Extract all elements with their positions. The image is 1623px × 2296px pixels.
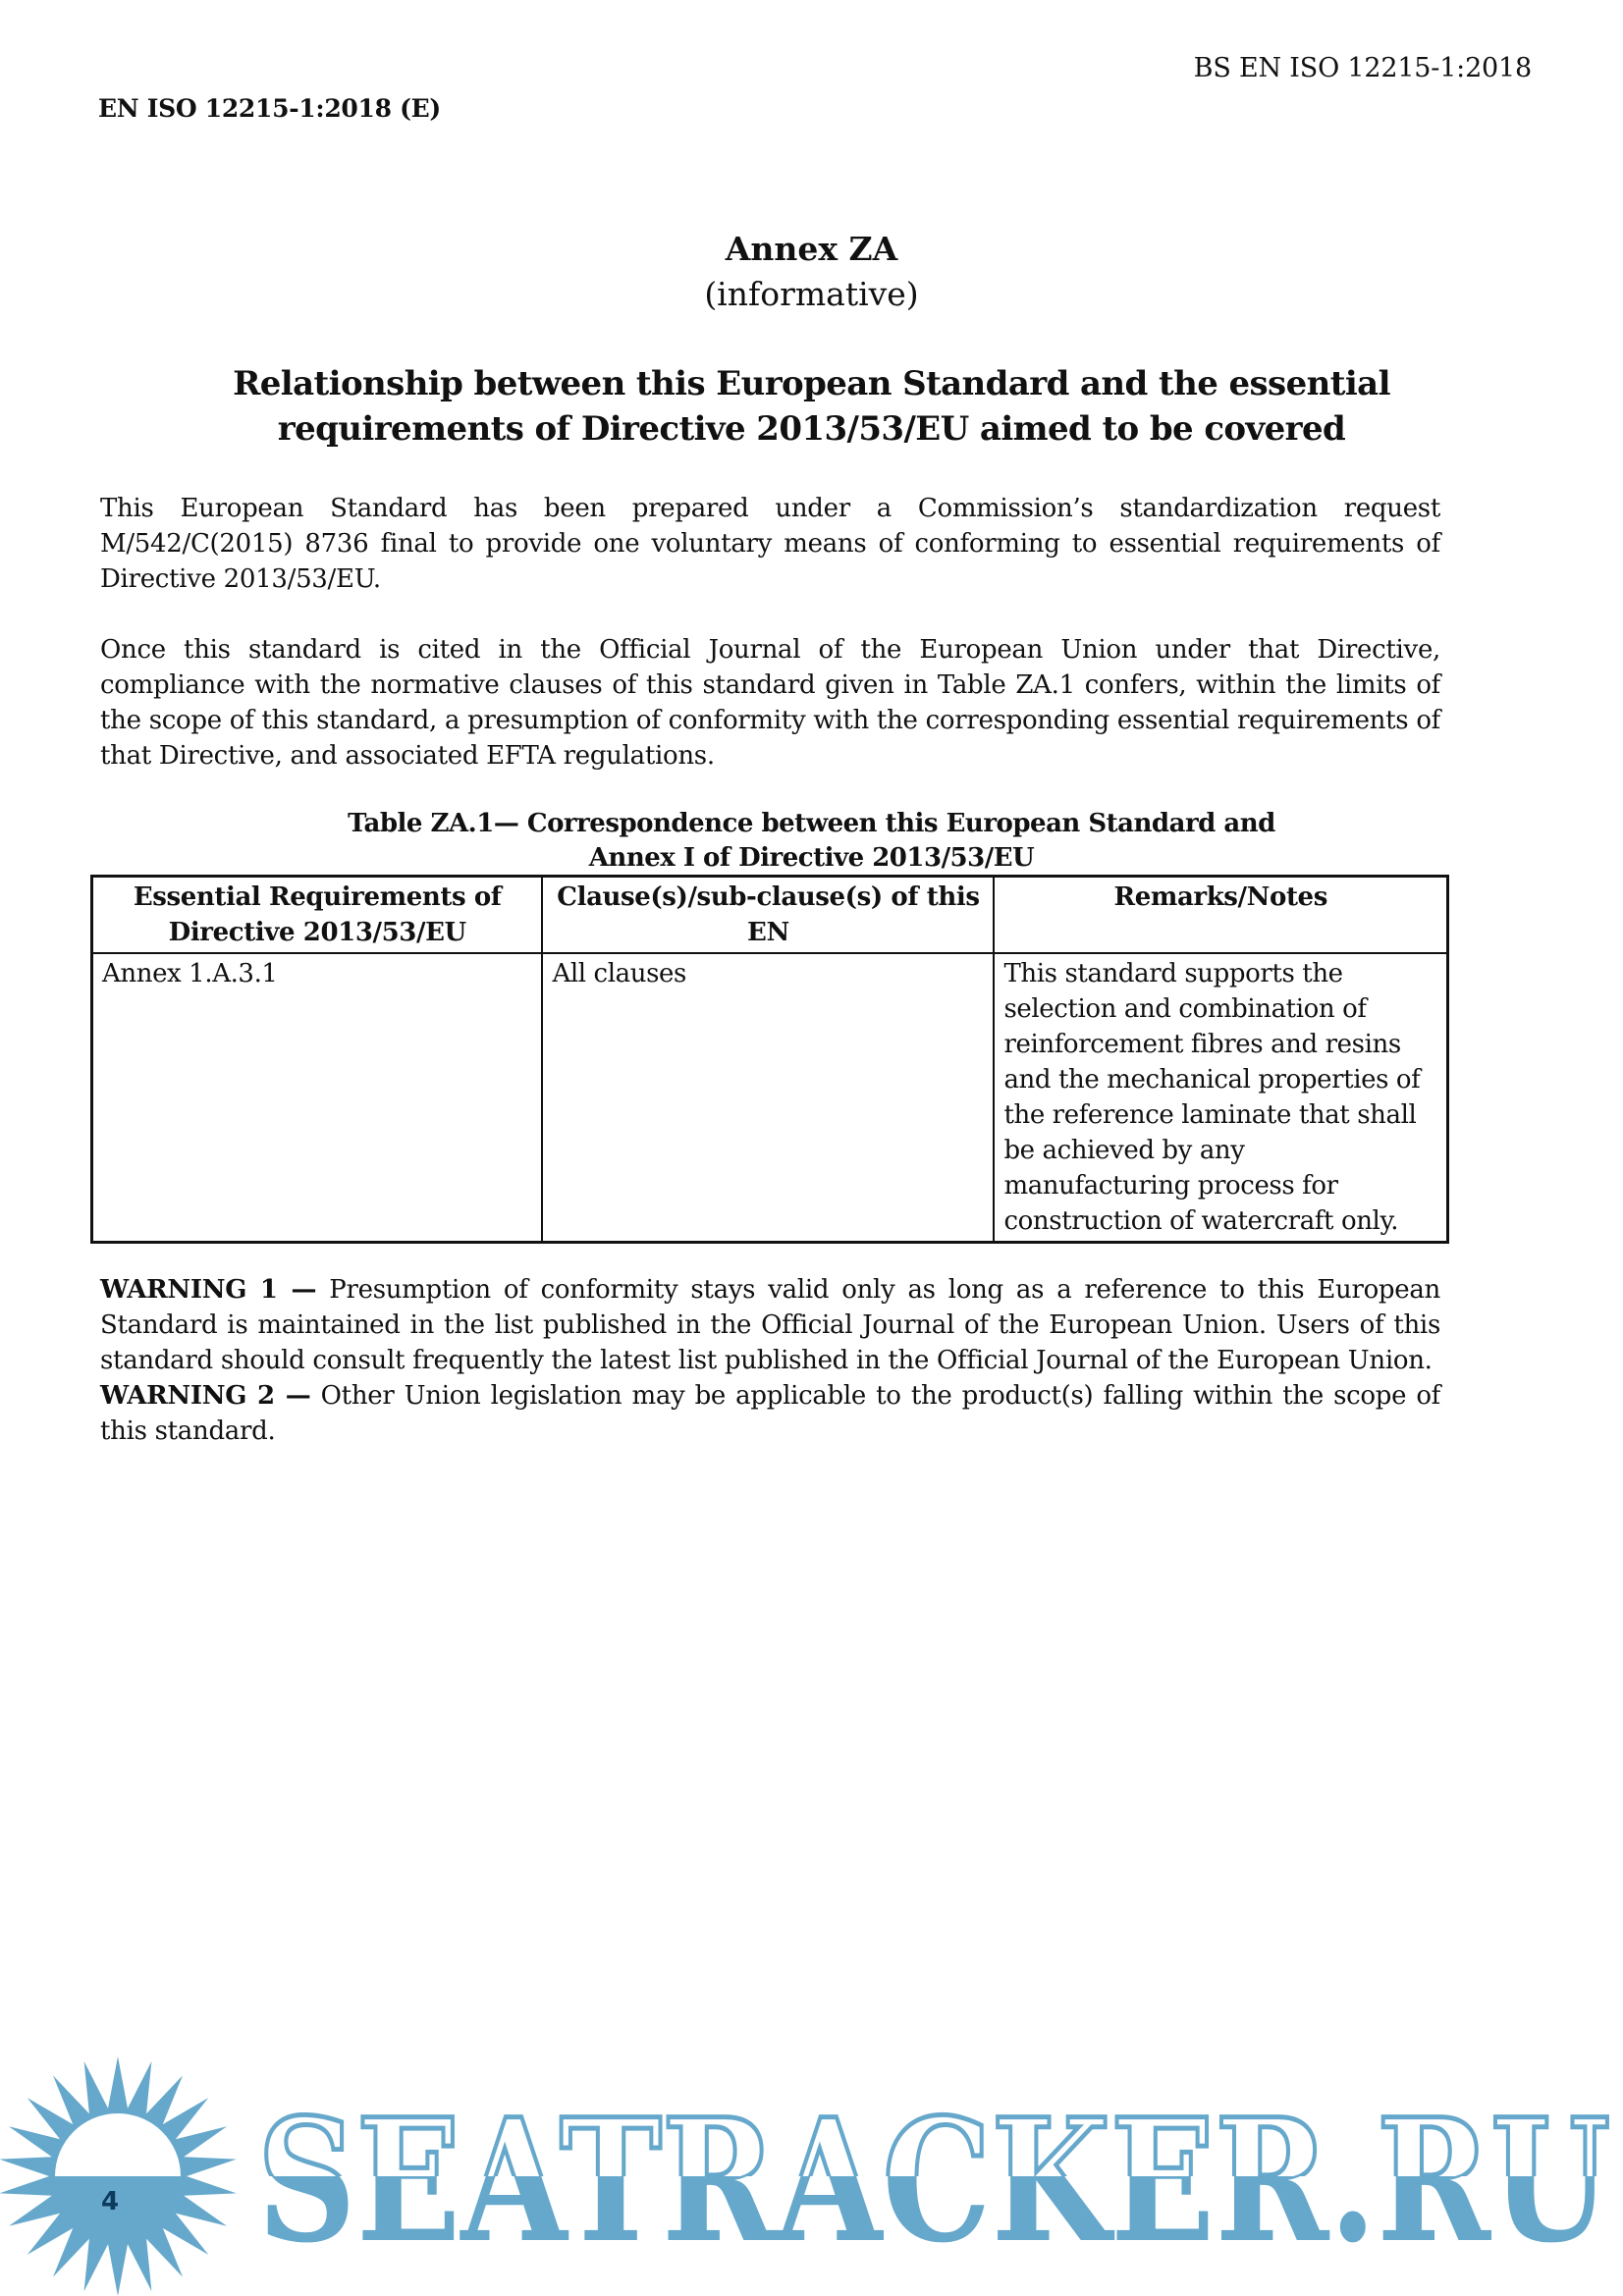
sun-icon <box>0 2056 237 2296</box>
table-row: Annex 1.A.3.1 All clauses This standard … <box>92 953 1448 1243</box>
warning-2-label: WARNING 2 — <box>100 1381 311 1411</box>
paragraph-presumption-of-conformity: Once this standard is cited in the Offic… <box>100 632 1440 774</box>
annex-title-line-1: Relationship between this European Stand… <box>147 361 1476 406</box>
warnings-block: WARNING 1 — Presumption of conformity st… <box>100 1272 1440 1449</box>
paragraph-standardization-request: This European Standard has been prepared… <box>100 491 1440 597</box>
warning-1-label: WARNING 1 — <box>100 1275 316 1305</box>
column-header-clauses: Clause(s)/sub-clause(s) of this EN <box>542 877 994 954</box>
annex-title: Relationship between this European Stand… <box>147 361 1476 452</box>
cell-essential-requirement: Annex 1.A.3.1 <box>92 953 543 1243</box>
warning-1: WARNING 1 — Presumption of conformity st… <box>100 1272 1440 1378</box>
table-header-row: Essential Requirements of Directive 2013… <box>92 877 1448 954</box>
annex-status: (informative) <box>0 275 1623 313</box>
annex-title-line-2: requirements of Directive 2013/53/EU aim… <box>147 406 1476 452</box>
table-caption: Table ZA.1— Correspondence between this … <box>147 807 1476 876</box>
cell-clauses: All clauses <box>542 953 994 1243</box>
warning-2: WARNING 2 — Other Union legislation may … <box>100 1378 1440 1449</box>
table-caption-line-1: Table ZA.1— Correspondence between this … <box>147 807 1476 841</box>
watermark: SEATRACKER.RU SEATRACKER.RU <box>0 2052 1623 2296</box>
page-number: 4 <box>101 2187 119 2216</box>
annex-label: Annex ZA <box>0 230 1623 268</box>
column-header-essential-requirements: Essential Requirements of Directive 2013… <box>92 877 543 954</box>
cell-remarks: This standard supports the selection and… <box>994 953 1447 1243</box>
document-reference-left: EN ISO 12215-1:2018 (E) <box>98 94 441 123</box>
column-header-remarks: Remarks/Notes <box>994 877 1447 954</box>
table-caption-line-2: Annex I of Directive 2013/53/EU <box>147 841 1476 876</box>
correspondence-table: Essential Requirements of Directive 2013… <box>90 875 1449 1244</box>
watermark-text: SEATRACKER.RU SEATRACKER.RU <box>257 2081 1610 2280</box>
document-reference-right: BS EN ISO 12215-1:2018 <box>1194 53 1532 83</box>
